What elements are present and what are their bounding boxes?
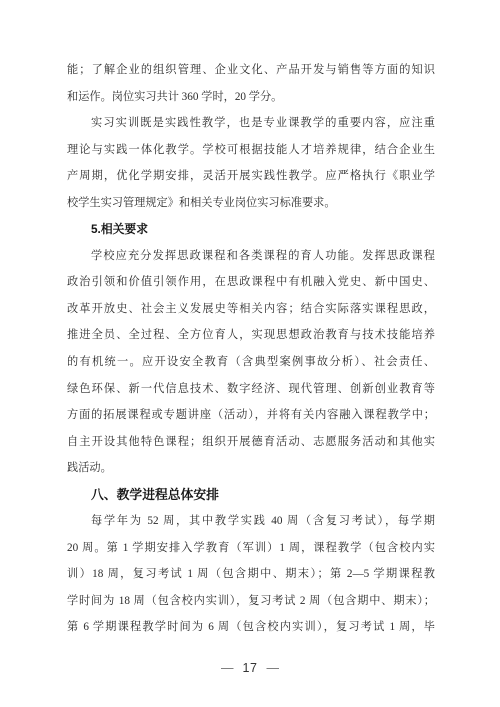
text-line: 第 6 学期课程教学时间为 6 周（包含校内实训），复习考试 1 周，毕 [67,614,435,641]
page-number: 17 [243,661,258,675]
text-line: 训）18 周，复习考试 1 周（包含期中、期末）；第 2—5 学期课程教 [67,561,435,588]
section: 5.相关要求 [67,216,435,243]
text-line: 学校应充分发挥思政课程和各类课程的育人功能。发挥思政课程 [67,243,435,270]
text-line: 推进全员、全过程、全方位育人，实现思想政治教育与技术技能培养 [67,322,435,349]
text-line: 学时间为 18 周（包含校内实训），复习考试 2 周（包含期中、期末）； [67,588,435,615]
footer-dash-right: — [266,661,279,675]
text-line: 校学生实习管理规定》和相关专业岗位实习标准要求。 [67,190,435,217]
paragraph: 能；了解企业的组织管理、企业文化、产品开发与销售等方面的知识 和运作。岗位实习共… [67,57,435,110]
page-footer: —17— [0,659,500,677]
footer-dash-left: — [221,661,234,675]
text-line: 理论与实践一体化教学。学校可根据技能人才培养规律，结合企业生 [67,137,435,164]
document-page: 能；了解企业的组织管理、企业文化、产品开发与销售等方面的知识 和运作。岗位实习共… [0,0,500,707]
paragraph: 每学年为 52 周，其中教学实践 40 周（含复习考试），每学期 20 周。第 … [67,508,435,641]
text-line: 践活动。 [67,455,435,482]
paragraph: 学校应充分发挥思政课程和各类课程的育人功能。发挥思政课程 政治引领和价值引领作用… [67,243,435,482]
document-body: 能；了解企业的组织管理、企业文化、产品开发与销售等方面的知识 和运作。岗位实习共… [67,57,435,641]
text-line: 20 周。第 1 学期安排入学教育（军训）1 周，课程教学（包含校内实 [67,535,435,562]
text-line: 绿色环保、新一代信息技术、数字经济、现代管理、创新创业教育等 [67,376,435,403]
section-heading: 八、教学进程总体安排 [67,482,435,509]
section-heading: 5.相关要求 [67,216,435,243]
text-line: 产周期，优化学期安排，灵活开展实践性教学。应严格执行《职业学 [67,163,435,190]
text-line: 能；了解企业的组织管理、企业文化、产品开发与销售等方面的知识 [67,57,435,84]
text-line: 实习实训既是实践性教学，也是专业课教学的重要内容，应注重 [67,110,435,137]
section: 八、教学进程总体安排 [67,482,435,509]
paragraph: 实习实训既是实践性教学，也是专业课教学的重要内容，应注重 理论与实践一体化教学。… [67,110,435,216]
text-line: 改革开放史、社会主义发展史等相关内容；结合实际落实课程思政， [67,296,435,323]
text-line: 的有机统一。应开设安全教育（含典型案例事故分析）、社会责任、 [67,349,435,376]
text-line: 政治引领和价值引领作用，在思政课程中有机融入党史、新中国史、 [67,269,435,296]
text-line: 方面的拓展课程或专题讲座（活动），并将有关内容融入课程教学中； [67,402,435,429]
text-line: 和运作。岗位实习共计 360 学时，20 学分。 [67,84,435,111]
text-line: 每学年为 52 周，其中教学实践 40 周（含复习考试），每学期 [67,508,435,535]
text-line: 自主开设其他特色课程；组织开展德育活动、志愿服务活动和其他实 [67,429,435,456]
